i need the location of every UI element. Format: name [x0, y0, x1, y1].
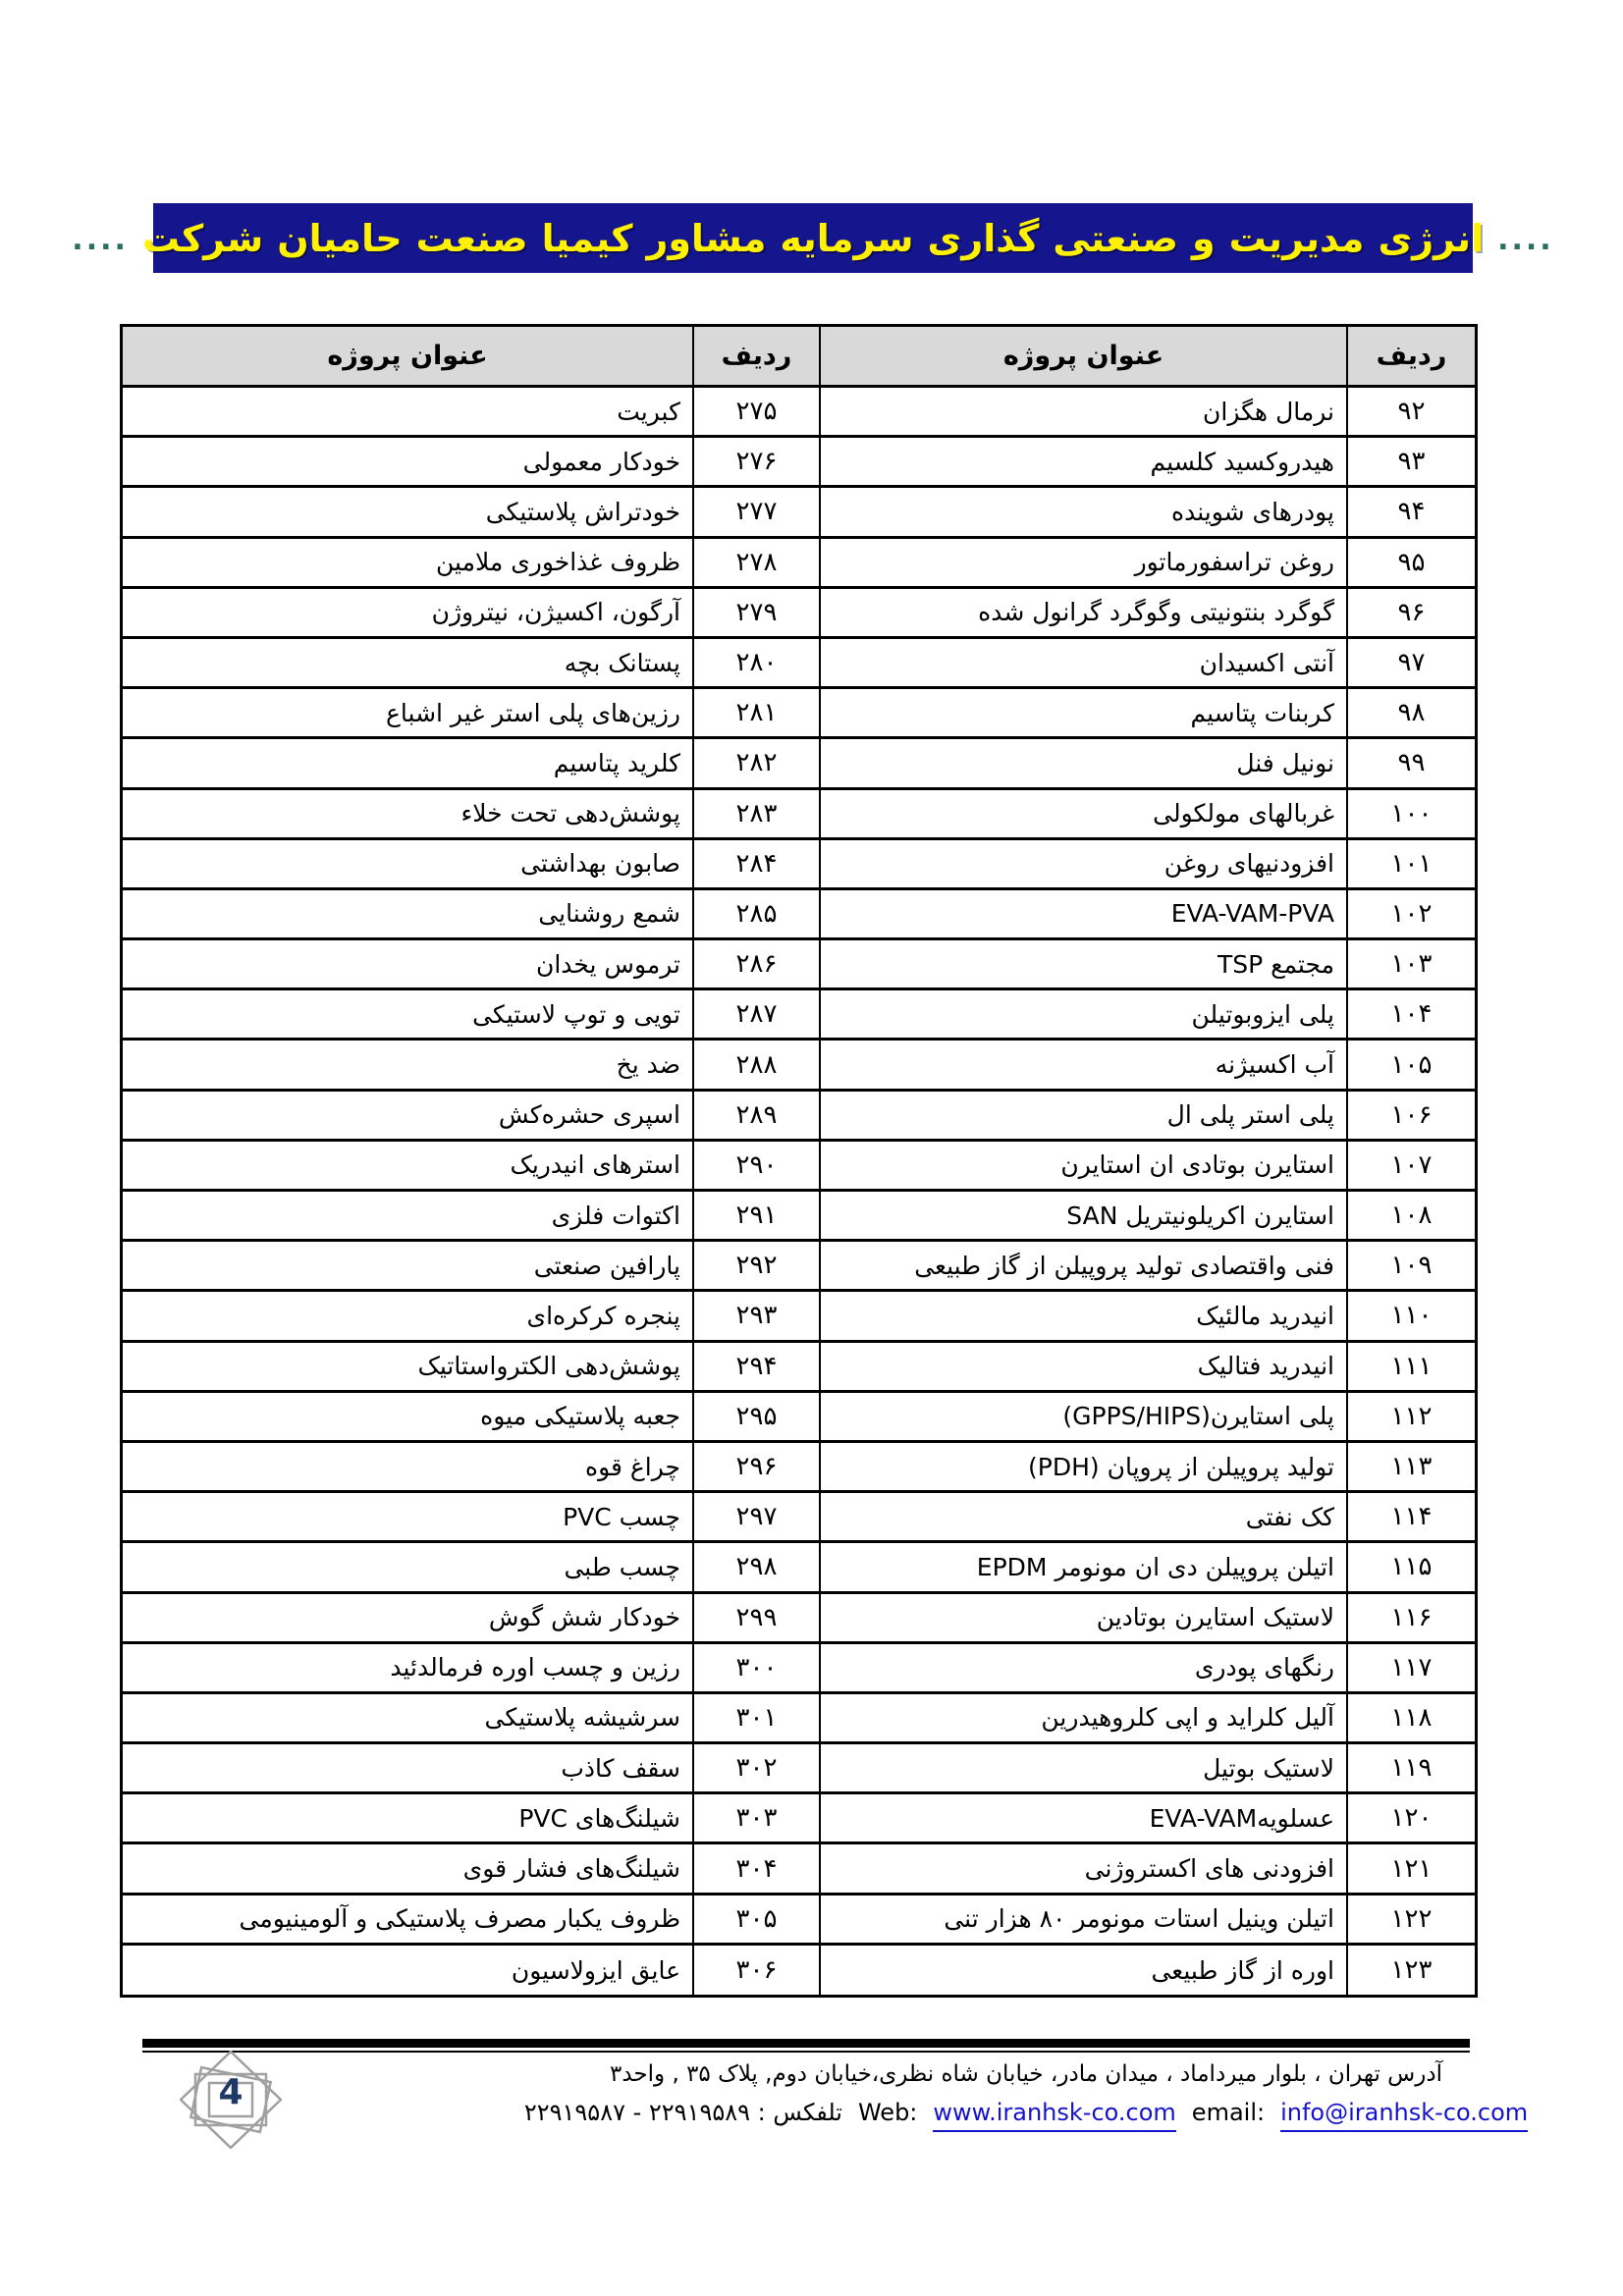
row-index-cell-right: ۱۱۴	[1346, 1493, 1475, 1543]
row-index-cell-right: ۱۰۶	[1346, 1092, 1475, 1142]
row-index-cell-right: ۹۷	[1346, 639, 1475, 689]
project-title-cell-right: نونیل فنل	[819, 739, 1346, 789]
banner-dots-right: ....	[1497, 226, 1554, 255]
project-title-cell-right: پودرهای شوینده	[819, 488, 1346, 538]
row-index-cell-left: ۲۹۳	[692, 1292, 819, 1342]
banner-word: حامیان	[277, 220, 402, 257]
project-title-cell-left: ضد یخ	[123, 1041, 692, 1091]
project-title-cell-right: کک نفتی	[819, 1493, 1346, 1543]
banner-word: شرکت	[142, 220, 263, 257]
project-title-cell-left: اکتوات فلزی	[123, 1192, 692, 1242]
project-title-cell-left: شمع روشنایی	[123, 890, 692, 940]
project-title-cell-left: استرهای انیدریک	[123, 1142, 692, 1192]
project-title-cell-right: فنی واقتصادی تولید پروپیلن از گاز طبیعی	[819, 1242, 1346, 1292]
banner-words: شرکتحامیانصنعتکیمیامشاورسرمایهگذاریصنعتی…	[142, 220, 1484, 257]
project-title-cell-left: پوشش‌دهی الکترواستاتیک	[123, 1343, 692, 1393]
row-index-cell-left: ۲۹۲	[692, 1242, 819, 1292]
project-title-cell-right: افزودنی های اکستروژنی	[819, 1844, 1346, 1895]
company-banner: .... شرکتحامیانصنعتکیمیامشاورسرمایهگذاری…	[153, 203, 1473, 273]
row-index-cell-right: ۱۱۵	[1346, 1543, 1475, 1593]
project-title-cell-left: آرگون، اکسیژن، نیتروژن	[123, 589, 692, 639]
project-title-cell-left: کلرید پتاسیم	[123, 739, 692, 789]
row-index-cell-left: ۲۸۶	[692, 940, 819, 990]
row-index-cell-right: ۹۴	[1346, 488, 1475, 538]
row-index-cell-left: ۲۸۷	[692, 990, 819, 1041]
row-index-cell-left: ۲۷۷	[692, 488, 819, 538]
project-title-cell-left: کبریت	[123, 388, 692, 438]
banner-word: و	[1192, 220, 1216, 257]
project-title-cell-left: خودکار معمولی	[123, 438, 692, 488]
project-title-cell-left: پنجره کرکره‌ای	[123, 1292, 692, 1342]
project-title-cell-left: سقف کاذب	[123, 1744, 692, 1794]
footer-contact-line: تلفکس : ۲۲۹۱۹۵۸۹ - ۲۲۹۱۹۵۸۷ Web: www.ira…	[535, 2096, 1517, 2132]
row-index-cell-left: ۳۰۳	[692, 1794, 819, 1844]
page-number-badge: 4	[180, 2051, 282, 2149]
banner-dots-left: ....	[72, 226, 129, 255]
project-title-cell-right: کربنات پتاسیم	[819, 689, 1346, 739]
row-index-cell-right: ۱۰۵	[1346, 1041, 1475, 1091]
footer-address: آدرس تهران ، بلوار میرداماد ، میدان مادر…	[535, 2056, 1517, 2093]
project-title-cell-right: هیدروکسید کلسیم	[819, 438, 1346, 488]
project-title-cell-left: شیلنگ‌های فشار قوی	[123, 1844, 692, 1895]
project-title-cell-right: عسلویهEVA-VAM	[819, 1794, 1346, 1844]
project-title-cell-right: نرمال هگزان	[819, 388, 1346, 438]
project-title-cell-left: پستانک بچه	[123, 639, 692, 689]
row-index-cell-left: ۲۸۳	[692, 790, 819, 840]
header-row-index-left: ردیف	[692, 327, 819, 388]
project-title-cell-right: EVA-VAM-PVA	[819, 890, 1346, 940]
row-index-cell-right: ۱۲۲	[1346, 1896, 1475, 1946]
row-index-cell-left: ۲۸۸	[692, 1041, 819, 1091]
document-page: .... شرکتحامیانصنعتکیمیامشاورسرمایهگذاری…	[0, 0, 1623, 2296]
project-title-cell-left: چراغ قوه	[123, 1443, 692, 1493]
footer-text-block: آدرس تهران ، بلوار میرداماد ، میدان مادر…	[535, 2056, 1517, 2132]
project-title-cell-right: استایرن اکریلونیتریل SAN	[819, 1192, 1346, 1242]
project-title-cell-right: پلی استر پلی ال	[819, 1092, 1346, 1142]
row-index-cell-left: ۲۸۱	[692, 689, 819, 739]
project-title-cell-left: رزین و چسب اوره فرمالدئید	[123, 1644, 692, 1694]
project-title-cell-left: عایق ایزولاسیون	[123, 1946, 692, 1996]
project-title-cell-left: خودکار شش گوش	[123, 1594, 692, 1644]
row-index-cell-left: ۳۰۵	[692, 1896, 819, 1946]
row-index-cell-left: ۳۰۴	[692, 1844, 819, 1895]
banner-word: سرمایه	[780, 220, 913, 257]
project-title-cell-right: تولید پروپیلن از پروپان (PDH)	[819, 1443, 1346, 1493]
header-row-index-right: ردیف	[1346, 327, 1475, 388]
project-title-cell-left: ظروف غذاخوری ملامین	[123, 539, 692, 589]
header-project-title-right: عنوان پروژه	[819, 327, 1346, 388]
row-index-cell-left: ۲۸۵	[692, 890, 819, 940]
row-index-cell-left: ۲۹۰	[692, 1142, 819, 1192]
project-title-cell-right: مجتمع TSP	[819, 940, 1346, 990]
project-title-cell-right: لاستیک بوتیل	[819, 1744, 1346, 1794]
project-title-cell-left: پوشش‌دهی تحت خلاء	[123, 790, 692, 840]
website-link[interactable]: www.iranhsk-co.com	[933, 2096, 1175, 2132]
row-index-cell-right: ۱۰۲	[1346, 890, 1475, 940]
row-index-cell-left: ۲۷۶	[692, 438, 819, 488]
telefax-numbers: تلفکس : ۲۲۹۱۹۵۸۹ - ۲۲۹۱۹۵۸۷	[524, 2096, 842, 2129]
row-index-cell-left: ۲۸۹	[692, 1092, 819, 1142]
row-index-cell-right: ۹۳	[1346, 438, 1475, 488]
row-index-cell-left: ۲۹۶	[692, 1443, 819, 1493]
project-title-cell-right: لاستیک استایرن بوتادین	[819, 1594, 1346, 1644]
row-index-cell-left: ۲۸۴	[692, 840, 819, 890]
project-title-cell-left: اسپری حشره‌کش	[123, 1092, 692, 1142]
row-index-cell-left: ۲۹۹	[692, 1594, 819, 1644]
row-index-cell-right: ۱۰۴	[1346, 990, 1475, 1041]
project-title-cell-left: ترموس یخدان	[123, 940, 692, 990]
row-index-cell-left: ۳۰۱	[692, 1694, 819, 1744]
project-title-cell-right: استایرن بوتادی ان استایرن	[819, 1142, 1346, 1192]
project-title-cell-right: غربالهای مولکولی	[819, 790, 1346, 840]
email-label: email:	[1192, 2096, 1265, 2129]
project-title-cell-right: اوره از گاز طبیعی	[819, 1946, 1346, 1996]
banner-word: صنعتی	[1053, 220, 1178, 257]
row-index-cell-right: ۱۱۳	[1346, 1443, 1475, 1493]
projects-table: عنوان پروژه ردیف عنوان پروژه ردیف کبریت …	[120, 324, 1478, 1998]
row-index-cell-left: ۳۰۰	[692, 1644, 819, 1694]
row-index-cell-left: ۲۷۵	[692, 388, 819, 438]
row-index-cell-right: ۱۲۱	[1346, 1844, 1475, 1895]
row-index-cell-right: ۹۹	[1346, 739, 1475, 789]
row-index-cell-right: ۹۲	[1346, 388, 1475, 438]
project-title-cell-left: شیلنگ‌های PVC	[123, 1794, 692, 1844]
row-index-cell-right: ۹۵	[1346, 539, 1475, 589]
row-index-cell-left: ۲۹۵	[692, 1393, 819, 1443]
project-title-cell-right: آلیل کلراید و اپی کلروهیدرین	[819, 1694, 1346, 1744]
row-index-cell-right: ۱۰۷	[1346, 1142, 1475, 1192]
row-index-cell-left: ۲۹۸	[692, 1543, 819, 1593]
row-index-cell-right: ۱۲۰	[1346, 1794, 1475, 1844]
row-index-cell-left: ۳۰۶	[692, 1946, 819, 1996]
row-index-cell-right: ۱۱۸	[1346, 1694, 1475, 1744]
project-title-cell-right: رنگهای پودری	[819, 1644, 1346, 1694]
project-title-cell-left: خودتراش پلاستیکی	[123, 488, 692, 538]
banner-word: انرژی	[1378, 220, 1484, 257]
project-title-cell-right: اتیلن وینیل استات مونومر ۸۰ هزار تنی	[819, 1896, 1346, 1946]
row-index-cell-right: ۱۱۹	[1346, 1744, 1475, 1794]
row-index-cell-right: ۱۲۳	[1346, 1946, 1475, 1996]
row-index-cell-right: ۱۰۹	[1346, 1242, 1475, 1292]
page-number: 4	[180, 2051, 282, 2133]
project-title-cell-right: آنتی اکسیدان	[819, 639, 1346, 689]
row-index-cell-right: ۱۱۶	[1346, 1594, 1475, 1644]
project-title-cell-right: پلی ایزوبوتیلن	[819, 990, 1346, 1041]
banner-word: مشاور	[646, 220, 766, 257]
row-index-cell-right: ۱۰۱	[1346, 840, 1475, 890]
project-title-cell-left: رزین‌های پلی استر غیر اشباع	[123, 689, 692, 739]
project-title-cell-left: تویی و توپ لاستیکی	[123, 990, 692, 1041]
row-index-cell-right: ۱۱۰	[1346, 1292, 1475, 1342]
row-index-cell-right: ۱۱۲	[1346, 1393, 1475, 1443]
row-index-cell-right: ۱۰۳	[1346, 940, 1475, 990]
banner-word: گذاری	[928, 220, 1040, 257]
project-title-cell-right: پلی استایرن(GPPS/HIPS)	[819, 1393, 1346, 1443]
project-title-cell-left: صابون بهداشتی	[123, 840, 692, 890]
web-label: Web:	[858, 2096, 917, 2129]
row-index-cell-left: ۳۰۲	[692, 1744, 819, 1794]
project-title-cell-left: سرشیشه پلاستیکی	[123, 1694, 692, 1744]
project-title-cell-right: اتیلن پروپیلن دی ان مونومر EPDM	[819, 1543, 1346, 1593]
project-title-cell-right: روغن تراسفورماتور	[819, 539, 1346, 589]
banner-word: صنعت	[416, 220, 528, 257]
project-title-cell-left: جعبه پلاستیکی میوه	[123, 1393, 692, 1443]
row-index-cell-right: ۱۰۰	[1346, 790, 1475, 840]
row-index-cell-left: ۲۹۱	[692, 1192, 819, 1242]
row-index-cell-right: ۱۱۷	[1346, 1644, 1475, 1694]
footer-divider	[142, 2039, 1470, 2053]
row-index-cell-left: ۲۷۹	[692, 589, 819, 639]
project-title-cell-right: انیدرید مالئیک	[819, 1292, 1346, 1342]
project-title-cell-right: انیدرید فتالیک	[819, 1343, 1346, 1393]
project-title-cell-left: چسب PVC	[123, 1493, 692, 1543]
banner-word: مدیریت	[1229, 220, 1365, 257]
banner-word: کیمیا	[542, 220, 633, 257]
project-title-cell-right: آب اکسیژنه	[819, 1041, 1346, 1091]
row-index-cell-right: ۹۶	[1346, 589, 1475, 639]
row-index-cell-left: ۲۸۰	[692, 639, 819, 689]
email-link[interactable]: info@iranhsk-co.com	[1280, 2096, 1528, 2132]
header-project-title-left: عنوان پروژه	[123, 327, 692, 388]
row-index-cell-left: ۲۹۴	[692, 1343, 819, 1393]
row-index-cell-right: ۱۰۸	[1346, 1192, 1475, 1242]
project-title-cell-left: پارافین صنعتی	[123, 1242, 692, 1292]
row-index-cell-right: ۱۱۱	[1346, 1343, 1475, 1393]
row-index-cell-right: ۹۸	[1346, 689, 1475, 739]
project-title-cell-right: گوگرد بنتونیتی وگوگرد گرانول شده	[819, 589, 1346, 639]
row-index-cell-left: ۲۸۲	[692, 739, 819, 789]
row-index-cell-left: ۲۷۸	[692, 539, 819, 589]
row-index-cell-left: ۲۹۷	[692, 1493, 819, 1543]
project-title-cell-left: ظروف یکبار مصرف پلاستیکی و آلومینیومی	[123, 1896, 692, 1946]
project-title-cell-left: چسب طبی	[123, 1543, 692, 1593]
project-title-cell-right: افزودنیهای روغن	[819, 840, 1346, 890]
